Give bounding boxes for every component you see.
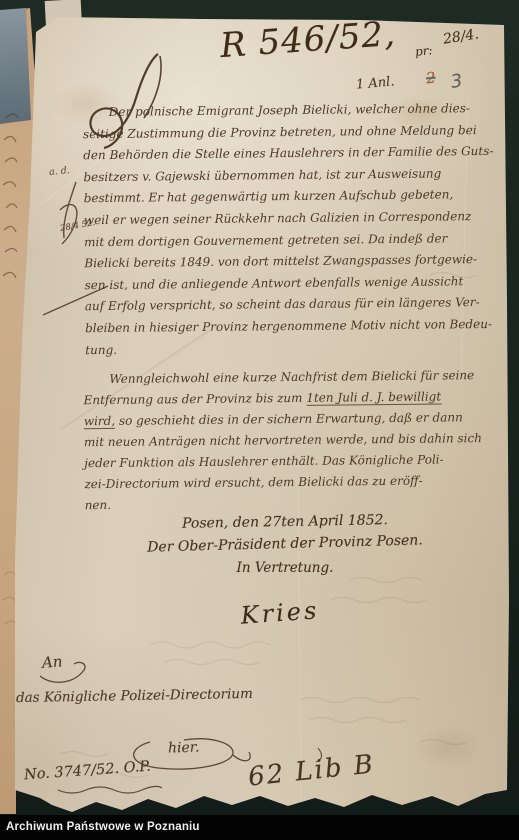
- address-salutation: An: [41, 652, 63, 671]
- manuscript-paragraph-1: Der polnische Emigrant Joseph Bielicki, …: [83, 98, 510, 362]
- shelf-mark: 62 Lib B: [247, 749, 376, 792]
- issuing-office-line: Der Ober-Präsident der Provinz Posen.: [110, 531, 460, 556]
- archival-document-scan: R 546/52, pr: 28/4. 1 Anl. 2 3 a. d. 28/…: [0, 0, 519, 840]
- address-location: hier.: [168, 739, 200, 756]
- signature: Kries: [204, 594, 356, 632]
- line-text: Entfernung aus der Provinz bis zum: [83, 391, 306, 407]
- address-recipient: das Königliche Polizei-Directorium: [16, 686, 253, 706]
- presented-date: 28/4.: [442, 26, 480, 47]
- manuscript-line: tung.: [85, 335, 509, 361]
- folio-number-new: 3: [449, 70, 464, 93]
- line-text: so geschieht dies in der sichern Erwartu…: [115, 410, 463, 428]
- manuscript-line: Wenngleichwohl eine kurze Nachfrist dem …: [83, 365, 507, 390]
- underlined-deadline: 1ten Juli d. J. bewilligt: [306, 389, 441, 405]
- manuscript-line: bleiben in hiesiger Provinz hergenommene…: [85, 314, 509, 340]
- paper-stain: [414, 724, 484, 770]
- journal-number-squiggle: [58, 786, 162, 793]
- enclosure-note: 1 Anl.: [355, 74, 395, 92]
- archive-watermark-label: Archiwum Państwowe w Poznaniu: [0, 815, 519, 839]
- registry-paraph: [60, 182, 77, 244]
- manuscript-line: den Behörden die Stelle eines Hauslehrer…: [83, 141, 507, 167]
- in-vertretung-line: In Vertretung.: [140, 560, 430, 576]
- journal-number: No. 3747/52. O.P.: [24, 759, 152, 784]
- archive-watermark-bar: Archiwum Państwowe w Poznaniu: [0, 815, 519, 840]
- margin-disposal-note: a. d.: [48, 165, 70, 178]
- folio-number-old: 2: [425, 69, 436, 88]
- presented-abbreviation: pr:: [414, 43, 433, 59]
- manuscript-paragraph-2: Wenngleichwohl eine kurze Nachfrist dem …: [83, 365, 509, 516]
- manuscript-line: mit neuen Anträgen nicht hervortreten we…: [84, 428, 508, 453]
- docket-number: R 546/52,: [219, 14, 397, 66]
- manuscript-line: nen.: [85, 491, 509, 516]
- document-page: R 546/52, pr: 28/4. 1 Anl. 2 3 a. d. 28/…: [0, 0, 519, 840]
- underlined-deadline: wird,: [84, 414, 115, 429]
